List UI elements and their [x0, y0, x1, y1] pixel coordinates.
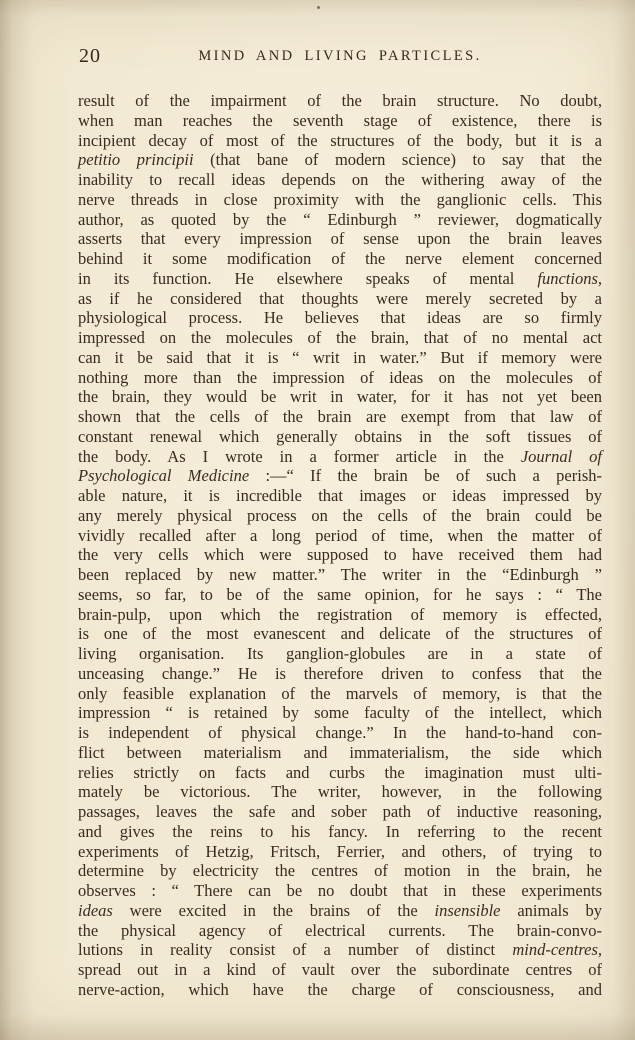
text-line: the very cells which were supposed to ha… — [78, 545, 602, 565]
text-line: the physical agency of electrical curren… — [78, 921, 602, 941]
text-line: physiological process. He believes that … — [78, 308, 602, 328]
text-line: Psychological Medicine :—“ If the brain … — [78, 466, 602, 486]
text-line: nerve-action, which have the charge of c… — [78, 980, 602, 1000]
text-line: as if he considered that thoughts were m… — [78, 289, 602, 309]
text-line: living organisation. Its ganglion-globul… — [78, 644, 602, 664]
text-line: vividly recalled after a long period of … — [78, 526, 602, 546]
text-line: author, as quoted by the “ Edinburgh ” r… — [78, 210, 602, 230]
text-line: flict between materialism and immaterial… — [78, 743, 602, 763]
text-line: determine by electricity the centres of … — [78, 861, 602, 881]
text-line: is one of the most evanescent and delica… — [78, 624, 602, 644]
text-line: brain-pulp, upon which the registration … — [78, 605, 602, 625]
text-line: impression “ is retained by some faculty… — [78, 703, 602, 723]
text-line: in its function. He elsewhere speaks of … — [78, 269, 602, 289]
text-line: seems, so far, to be of the same opinion… — [78, 585, 602, 605]
text-line: is independent of physical change.” In t… — [78, 723, 602, 743]
page-header-row: 20 MIND AND LIVING PARTICLES. — [78, 44, 602, 68]
text-line: shown that the cells of the brain are ex… — [78, 407, 602, 427]
page-body: result of the impairment of the brain st… — [78, 91, 602, 1000]
text-line: ideas were excited in the brains of the … — [78, 901, 602, 921]
text-line: the body. As I wrote in a former article… — [78, 447, 602, 467]
text-line: behind it some modification of the nerve… — [78, 249, 602, 269]
text-line: asserts that every impression of sense u… — [78, 229, 602, 249]
book-page: 20 MIND AND LIVING PARTICLES. result of … — [0, 0, 635, 1040]
text-line: nerve threads in close proximity with th… — [78, 190, 602, 210]
text-line: unceasing change.” He is therefore drive… — [78, 664, 602, 684]
text-line: nothing more than the impression of idea… — [78, 368, 602, 388]
text-line: the brain, they would be writ in water, … — [78, 387, 602, 407]
text-line: spread out in a kind of vault over the s… — [78, 960, 602, 980]
running-title: MIND AND LIVING PARTICLES. — [78, 48, 602, 65]
text-line: constant renewal which generally obtains… — [78, 427, 602, 447]
text-line: impressed on the molecules of the brain,… — [78, 328, 602, 348]
text-line: experiments of Hetzig, Fritsch, Ferrier,… — [78, 842, 602, 862]
text-line: able nature, it is incredible that image… — [78, 486, 602, 506]
text-line: mately be victorious. The writer, howeve… — [78, 782, 602, 802]
text-line: lutions in reality consist of a number o… — [78, 940, 602, 960]
text-line: can it be said that it is “ writ in wate… — [78, 348, 602, 368]
text-line: and gives the reins to his fancy. In ref… — [78, 822, 602, 842]
text-line: been replaced by new matter.” The writer… — [78, 565, 602, 585]
text-line: any merely physical process on the cells… — [78, 506, 602, 526]
text-line: only feasible explanation of the marvels… — [78, 684, 602, 704]
text-line: when man reaches the seventh stage of ex… — [78, 111, 602, 131]
text-line: result of the impairment of the brain st… — [78, 91, 602, 111]
text-line: observes : “ There can be no doubt that … — [78, 881, 602, 901]
text-line: passages, leaves the safe and sober path… — [78, 802, 602, 822]
text-line: inability to recall ideas depends on the… — [78, 170, 602, 190]
text-line: incipient decay of most of the structure… — [78, 131, 602, 151]
scan-speck — [317, 6, 320, 9]
text-line: relies strictly on facts and curbs the i… — [78, 763, 602, 783]
text-line: petitio principii (that bane of modern s… — [78, 150, 602, 170]
